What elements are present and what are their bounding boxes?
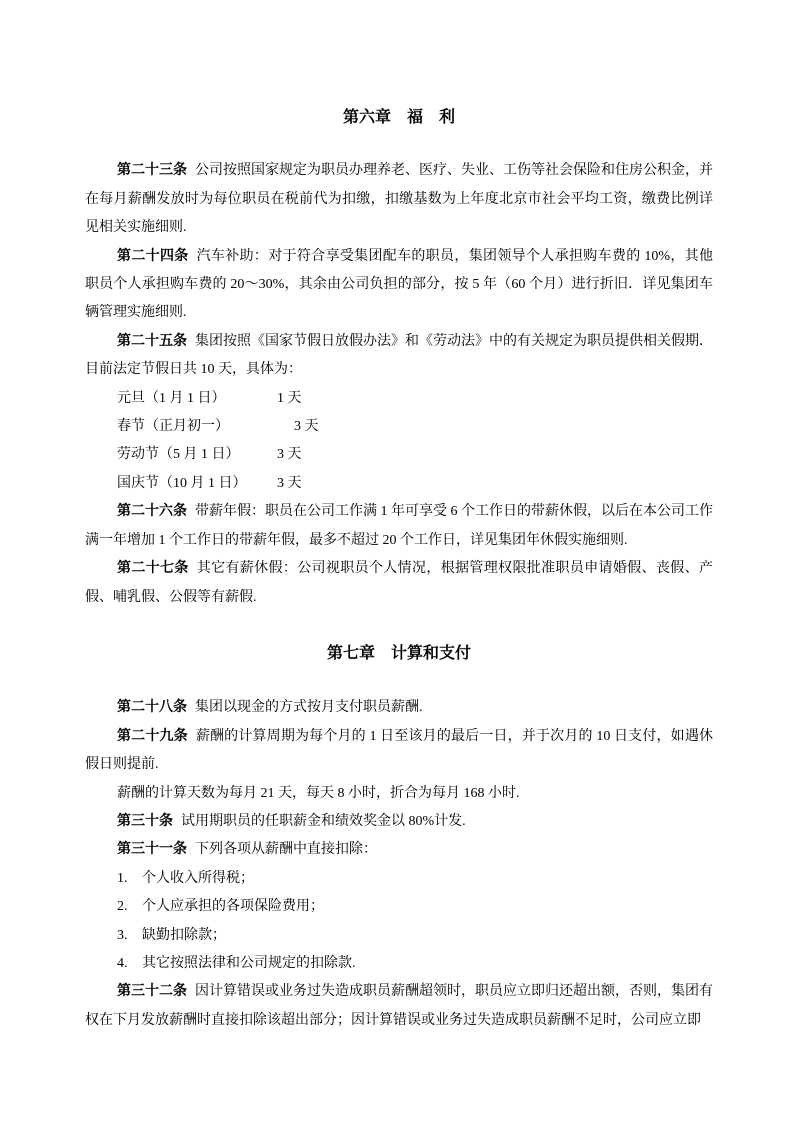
deduction-item-number: 3.: [117, 922, 142, 950]
holiday-name: 春节（正月初一）: [117, 413, 277, 441]
holiday-name: 劳动节（5 月 1 日）: [117, 441, 277, 469]
page-content: 第六章 福 利 第二十三条公司按照国家规定为职员办理养老、医疗、失业、工伤等社会…: [0, 0, 793, 1035]
holiday-days: 1 天: [277, 385, 302, 413]
deduction-item-income-tax: 1.个人收入所得税；: [85, 865, 713, 893]
article-25-paragraph: 第二十五条集团按照《国家节假日放假办法》和《劳动法》中的有关规定为职员提供相关假…: [85, 328, 713, 385]
article-31-body: 下列各项从薪酬中直接扣除：: [195, 842, 377, 857]
deduction-item-number: 2.: [117, 893, 142, 921]
article-29-paragraph: 第二十九条薪酬的计算周期为每个月的 1 日至该月的最后一日，并于次月的 10 日…: [85, 723, 713, 780]
article-23-paragraph: 第二十三条公司按照国家规定为职员办理养老、医疗、失业、工伤等社会保险和住房公积金…: [85, 157, 713, 242]
article-27-number: 第二十七条: [117, 561, 189, 576]
holiday-name: 元旦（1 月 1 日）: [117, 385, 277, 413]
holiday-row-spring-festival: 春节（正月初一） 3 天: [85, 413, 713, 441]
deduction-item-text: 个人收入所得税；: [142, 871, 254, 886]
deduction-list: 1.个人收入所得税； 2.个人应承担的各项保险费用； 3.缺勤扣除款； 4.其它…: [85, 865, 713, 979]
article-24-number: 第二十四条: [117, 249, 189, 264]
deduction-item-text: 其它按照法律和公司规定的扣除款.: [142, 956, 356, 971]
article-29-number: 第二十九条: [117, 729, 188, 744]
article-32-paragraph: 第三十二条因计算错误或业务过失造成职员薪酬超领时，职员应立即归还超出额，否则，集…: [85, 978, 713, 1035]
article-26-number: 第二十六条: [117, 504, 187, 519]
holiday-row-national-day: 国庆节（10 月 1 日） 3 天: [85, 470, 713, 498]
holiday-days: 3 天: [277, 441, 302, 469]
article-23-number: 第二十三条: [117, 163, 187, 178]
article-31-paragraph: 第三十一条下列各项从薪酬中直接扣除：: [85, 836, 713, 864]
deduction-item-text: 缺勤扣除款；: [142, 928, 226, 943]
deduction-item-text: 个人应承担的各项保险费用；: [142, 899, 324, 914]
article-27-paragraph: 第二十七条其它有薪休假：公司视职员个人情况，根据管理权限批准职员申请婚假、丧假、…: [85, 555, 713, 612]
article-32-number: 第三十二条: [117, 984, 187, 999]
article-30-paragraph: 第三十条试用期职员的任职薪金和绩效奖金以 80%计发.: [85, 808, 713, 836]
deduction-item-number: 4.: [117, 950, 142, 978]
chapter-7-heading: 第七章 计算和支付: [85, 640, 713, 668]
holiday-list: 元旦（1 月 1 日） 1 天 春节（正月初一） 3 天 劳动节（5 月 1 日…: [85, 385, 713, 499]
deduction-item-absence: 3.缺勤扣除款；: [85, 922, 713, 950]
deduction-item-number: 1.: [117, 865, 142, 893]
article-26-paragraph: 第二十六条带薪年假：职员在公司工作满 1 年可享受 6 个工作日的带薪休假，以后…: [85, 498, 713, 555]
article-25-number: 第二十五条: [117, 334, 187, 349]
holiday-days: 3 天: [277, 470, 302, 498]
article-30-body: 试用期职员的任职薪金和绩效奖金以 80%计发.: [181, 814, 466, 829]
holiday-row-labor-day: 劳动节（5 月 1 日） 3 天: [85, 441, 713, 469]
document-page: 第六章 福 利 第二十三条公司按照国家规定为职员办理养老、医疗、失业、工伤等社会…: [0, 0, 793, 1122]
article-28-number: 第二十八条: [117, 700, 187, 715]
deduction-item-insurance: 2.个人应承担的各项保险费用；: [85, 893, 713, 921]
deduction-item-other: 4.其它按照法律和公司规定的扣除款.: [85, 950, 713, 978]
article-29-supplement-paragraph: 薪酬的计算天数为每月 21 天，每天 8 小时，折合为每月 168 小时.: [85, 780, 713, 808]
article-31-number: 第三十一条: [117, 842, 187, 857]
holiday-name: 国庆节（10 月 1 日）: [117, 470, 277, 498]
article-28-body: 集团以现金的方式按月支付职员薪酬.: [195, 700, 423, 715]
article-24-paragraph: 第二十四条汽车补助：对于符合享受集团配车的职员，集团领导个人承担购车费的 10%…: [85, 243, 713, 328]
article-30-number: 第三十条: [117, 814, 173, 829]
article-28-paragraph: 第二十八条集团以现金的方式按月支付职员薪酬.: [85, 694, 713, 722]
holiday-row-new-year: 元旦（1 月 1 日） 1 天: [85, 385, 713, 413]
chapter-6-heading: 第六章 福 利: [85, 104, 713, 132]
holiday-days: 3 天: [277, 413, 319, 441]
